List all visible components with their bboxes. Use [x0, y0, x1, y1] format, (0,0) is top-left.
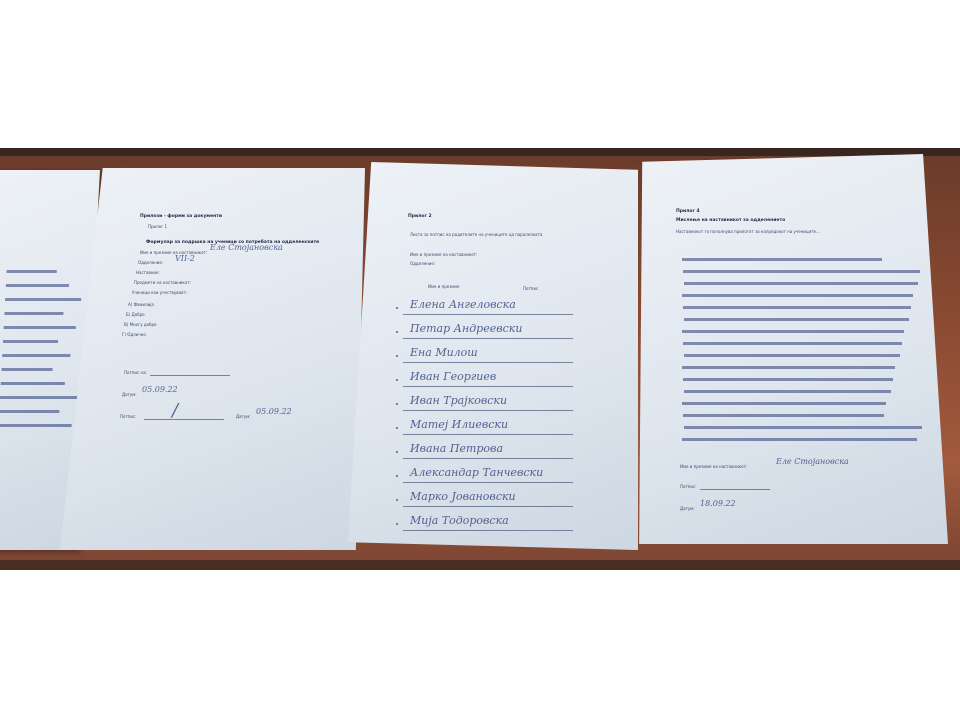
handwritten-line — [683, 342, 902, 345]
row-name: Александар Танчевски — [410, 466, 543, 479]
name-label: Име и презиме на наставникот: — [680, 464, 747, 469]
handwritten-line — [684, 282, 918, 285]
field-label: Име и презиме на наставникот: — [410, 252, 477, 257]
bullet-icon — [396, 475, 398, 477]
date-label: Датум: — [680, 506, 695, 511]
row-name: Матеј Илиевски — [410, 418, 508, 431]
handwritten-line — [684, 354, 900, 357]
table-edge-top — [0, 148, 960, 156]
document-photo: Прилози - форми за документи Прилог 1 Фо… — [0, 148, 960, 570]
sheet-2: Прилози - форми за документи Прилог 1 Фо… — [60, 168, 365, 550]
handwritten-line — [682, 402, 886, 405]
handwritten-line — [4, 326, 76, 329]
option: В) Многу добро — [124, 322, 157, 327]
row-name: Иван Георгиев — [410, 370, 496, 383]
row-name: Ена Милош — [410, 346, 478, 359]
handwritten-line — [682, 438, 917, 441]
row-name: Ивана Петрова — [410, 442, 503, 455]
bullet-icon — [396, 427, 398, 429]
row-line — [403, 434, 573, 435]
column-header: Потпис — [523, 286, 538, 291]
field-label: Одделение: — [138, 260, 163, 265]
handwritten-line — [682, 258, 882, 261]
row-name: Петар Андреевски — [410, 322, 522, 335]
date-value: 18.09.22 — [700, 499, 736, 508]
sheet4-subheading: Мислење на наставникот за одделението — [676, 218, 785, 223]
signature-label: Потпис: — [680, 484, 697, 489]
row-line — [403, 338, 573, 339]
sheet-3: Прилог 2 Листа за потпис на родителите н… — [348, 162, 638, 550]
row-line — [403, 386, 573, 387]
row-line — [403, 458, 573, 459]
handwritten-line — [4, 312, 63, 315]
option: Б) Добро — [126, 312, 145, 317]
row-name: Марко Јовановски — [410, 490, 516, 503]
bullet-icon — [396, 355, 398, 357]
row-line — [403, 410, 573, 411]
sheet-4: Прилог 4 Мислење на наставникот за оддел… — [636, 154, 948, 544]
field-label: Ученици кои учествуваат: — [132, 290, 187, 295]
field-label: Наставник: — [136, 270, 160, 275]
signature-line — [700, 489, 770, 490]
field-label: Име и презиме на наставникот: — [140, 250, 207, 255]
row-line — [403, 314, 573, 315]
handwritten-line — [682, 294, 913, 297]
handwritten-line — [682, 366, 895, 369]
handwritten-line — [0, 396, 77, 399]
handwritten-line — [1, 368, 52, 371]
row-name: Мија Тодоровска — [410, 514, 509, 527]
sheet4-heading: Прилог 4 — [676, 209, 700, 214]
date-label: Датум: — [122, 392, 137, 397]
table-edge-bottom — [0, 560, 960, 570]
date-label: Датум: — [236, 414, 251, 419]
handwritten-line — [3, 340, 58, 343]
handwritten-line — [5, 298, 81, 301]
handwritten-line — [1, 382, 65, 385]
bullet-icon — [396, 523, 398, 525]
sheet3-paragraph: Листа за потпис на родителите на ученици… — [410, 232, 542, 237]
handwriting: Еле Стојановска — [210, 243, 283, 252]
handwritten-line — [683, 414, 884, 417]
handwritten-line — [0, 424, 72, 427]
handwritten-line — [683, 306, 911, 309]
handwritten-line — [7, 270, 57, 273]
row-line — [403, 530, 573, 531]
field-label: Предмети на наставникот: — [134, 280, 191, 285]
bullet-icon — [396, 331, 398, 333]
bullet-icon — [396, 499, 398, 501]
bullet-icon — [396, 403, 398, 405]
sheet2-heading: Прилози - форми за документи — [140, 214, 222, 219]
sheet2-subheading: Прилог 1 — [148, 224, 167, 229]
row-name: Иван Трајковски — [410, 394, 507, 407]
handwritten-line — [683, 378, 893, 381]
column-header: Име и презиме — [428, 284, 459, 289]
option: Г) Одлично — [122, 332, 146, 337]
sheet3-heading: Прилог 2 — [408, 214, 432, 219]
handwritten-line — [684, 318, 909, 321]
handwritten-line — [0, 410, 59, 413]
row-name: Елена Ангеловска — [410, 298, 516, 311]
bullet-icon — [396, 379, 398, 381]
handwritten-line — [684, 426, 922, 429]
signature-label: Потпис: — [120, 414, 137, 419]
signature-line — [144, 419, 224, 420]
field-label: Одделение: — [410, 261, 435, 266]
handwriting: Еле Стојановска — [776, 457, 849, 466]
row-line — [403, 482, 573, 483]
handwritten-line — [682, 330, 904, 333]
signature-scribble: / — [172, 400, 178, 421]
bullet-icon — [396, 451, 398, 453]
handwritten-line — [683, 270, 920, 273]
handwritten-line — [2, 354, 70, 357]
option: А) Фамилија — [128, 302, 154, 307]
sheet4-intro: Наставникот го пополнува прилогот за нап… — [676, 229, 820, 234]
signature-label: Потпис на: — [124, 370, 147, 375]
row-line — [403, 506, 573, 507]
date-value: 05.09.22 — [256, 407, 292, 416]
bullet-icon — [396, 307, 398, 309]
handwritten-line — [6, 284, 69, 287]
signature-line — [150, 375, 230, 376]
row-line — [403, 362, 573, 363]
date-value: 05.09.22 — [142, 385, 178, 394]
handwriting: VII-2 — [175, 254, 195, 263]
handwritten-line — [684, 390, 891, 393]
